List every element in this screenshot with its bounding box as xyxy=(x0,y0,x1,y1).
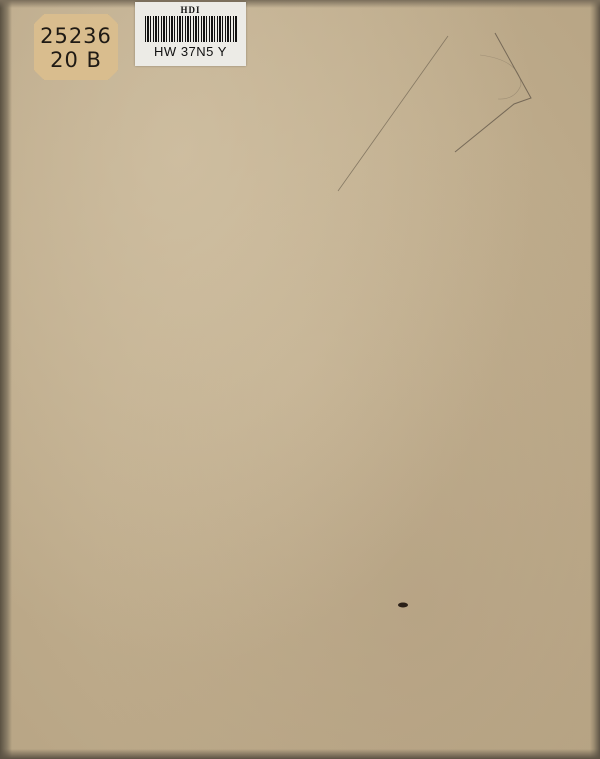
ink-spot xyxy=(398,603,408,608)
book-cover: 25236 20 B HDI HW 37N5 Y xyxy=(0,0,600,759)
pencil-marks xyxy=(0,0,600,759)
